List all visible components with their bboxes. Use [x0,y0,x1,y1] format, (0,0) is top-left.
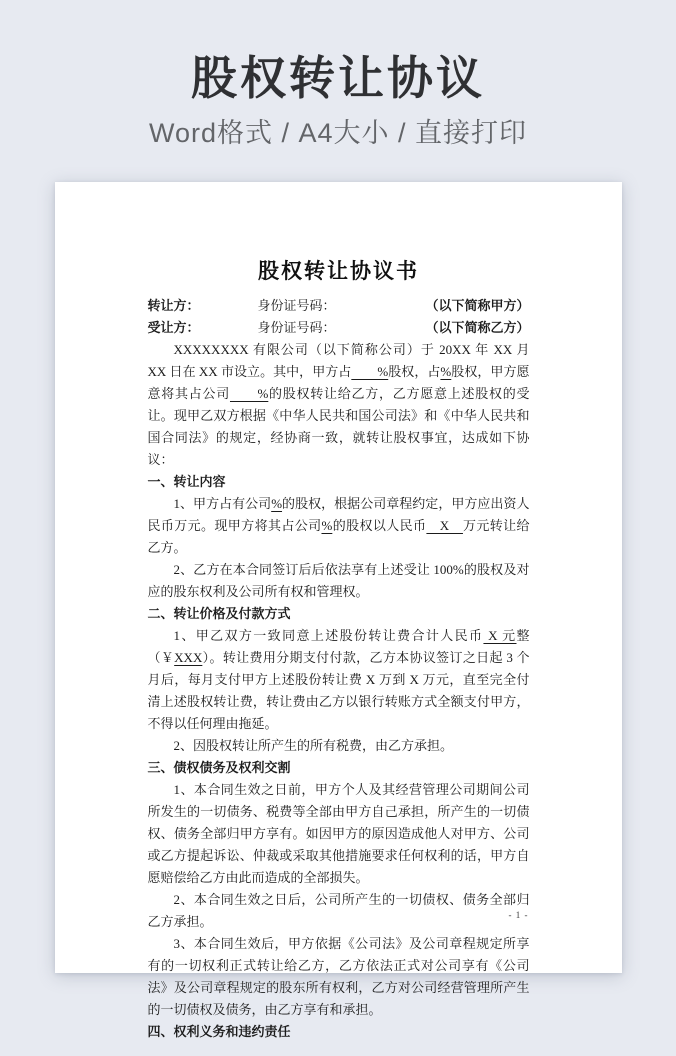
template-subtitle: Word格式 / A4大小 / 直接打印 [0,116,676,150]
party-alias: （以下简称乙方） [425,317,529,339]
doc-paragraph: XXXXXXXX 有限公司（以下简称公司）于 20XX 年 XX 月 XX 日在… [148,339,530,471]
doc-paragraph: 2、因股权转让所产生的所有税费，由乙方承担。 [148,735,530,757]
fill-in-blank: X 元 [483,628,516,643]
doc-heading: 四、权利义务和违约责任 [148,1021,530,1043]
doc-text: 二、转让价格及付款方式 [148,606,291,621]
doc-paragraph: 2、乙方在本合同签订后后依法享有上述受让 100%的股权及对应的股东权利及公司所… [148,559,530,603]
doc-text: 2、因股权转让所产生的所有税费，由乙方承担。 [174,738,454,753]
page-number: - 1 - [509,909,529,921]
fill-in-blank: % [351,364,388,379]
doc-paragraph: 1、本合同生效之日前，甲方个人及其经营管理公司期间公司所发生的一切债务、税费等全… [148,779,530,889]
template-preview-header: 股权转让协议 Word格式 / A4大小 / 直接打印 [0,0,676,150]
doc-paragraph: 2、本合同生效之日后，公司所产生的一切债权、债务全部归乙方承担。 [148,889,530,933]
party-row-transferor: 转让方： 身份证号码： （以下简称甲方） [148,295,530,317]
doc-text: 2、本合同生效之日后，公司所产生的一切债权、债务全部归乙方承担。 [148,892,530,929]
doc-text: 一、转让内容 [148,474,226,489]
doc-heading: 一、转让内容 [148,471,530,493]
doc-text: 股权，占 [388,364,440,379]
doc-text: 四、权利义务和违约责任 [148,1024,291,1039]
party-row-transferee: 受让方： 身份证号码： （以下简称乙方） [148,317,530,339]
document-blocks: XXXXXXXX 有限公司（以下简称公司）于 20XX 年 XX 月 XX 日在… [148,339,530,1043]
party-id-label: 身份证号码： [258,295,426,317]
doc-heading: 二、转让价格及付款方式 [148,603,530,625]
document-page: 股权转让协议书 转让方： 身份证号码： （以下简称甲方） 受让方： 身份证号码：… [55,182,622,973]
document-title: 股权转让协议书 [148,258,530,284]
template-title: 股权转让协议 [0,50,676,106]
doc-paragraph: 1、甲乙双方一致同意上述股份转让费合计人民币 X 元整（￥XXX）。转让费用分期… [148,625,530,735]
fill-in-blank: % [440,364,451,379]
doc-heading: 三、债权债务及权利交割 [148,757,530,779]
doc-text: 1、本合同生效之日前，甲方个人及其经营管理公司期间公司所发生的一切债务、税费等全… [148,782,530,885]
party-label: 转让方： [148,295,258,317]
doc-paragraph: 1、甲方占有公司%的股权，根据公司章程约定，甲方应出资人民币万元。现甲方将其占公… [148,493,530,559]
doc-paragraph: 3、本合同生效后，甲方依据《公司法》及公司章程规定所享有的一切权利正式转让给乙方… [148,933,530,1021]
party-alias: （以下简称甲方） [425,295,529,317]
doc-text: 2、乙方在本合同签订后后依法享有上述受让 100%的股权及对应的股东权利及公司所… [148,562,530,599]
doc-text: 1、甲方占有公司 [174,496,272,511]
fill-in-blank: XXX [174,650,202,665]
doc-text: 的股权以人民币 [332,518,426,533]
fill-in-blank: X [426,518,463,533]
doc-text: 三、债权债务及权利交割 [148,760,291,775]
doc-text: 3、本合同生效后，甲方依据《公司法》及公司章程规定所享有的一切权利正式转让给乙方… [148,936,530,1017]
fill-in-blank: % [230,386,268,401]
party-id-label: 身份证号码： [258,317,426,339]
party-label: 受让方： [148,317,258,339]
doc-text: 1、甲乙双方一致同意上述股份转让费合计人民币 [174,628,484,643]
document-body: 转让方： 身份证号码： （以下简称甲方） 受让方： 身份证号码： （以下简称乙方… [148,295,530,1043]
doc-text: ）。转让费用分期支付付款，乙方本协议签订之日起 3 个月后，每月支付甲方上述股份… [148,650,530,731]
fill-in-blank: % [321,518,332,533]
fill-in-blank: % [271,496,282,511]
